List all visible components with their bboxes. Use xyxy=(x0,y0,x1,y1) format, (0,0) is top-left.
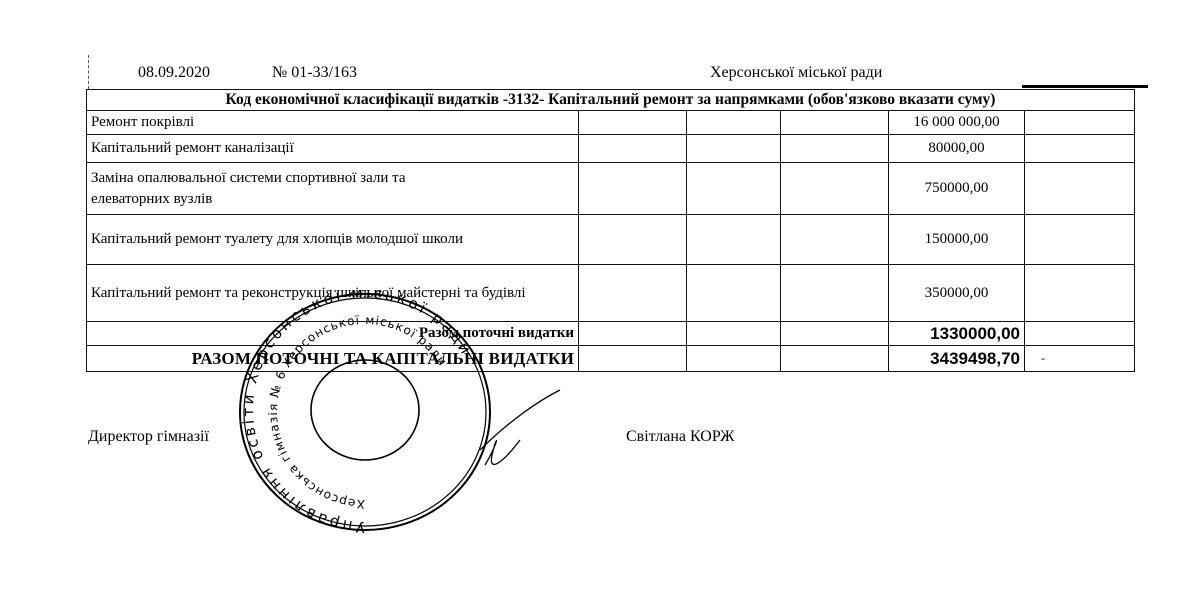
subtotal-amount: 1330000,00 xyxy=(889,322,1025,346)
table-row: Ремонт покрівлі 16 000 000,00 xyxy=(87,111,1135,135)
row-amount: 16 000 000,00 xyxy=(889,111,1025,135)
stamp-inner-text: Херсонська гімназія № 6 Херсонської місь… xyxy=(266,313,450,511)
table-row: Заміна опалювальної системи спортивної з… xyxy=(87,163,1135,215)
signatory-position: Директор гімназії xyxy=(88,428,209,446)
signatory-name: Світлана КОРЖ xyxy=(626,428,735,446)
row-amount: 80000,00 xyxy=(889,135,1025,163)
document-number: № 01-33/163 xyxy=(272,64,357,82)
signature-scribble xyxy=(480,390,560,465)
table-title: Код економічної класифікації видатків -3… xyxy=(87,90,1135,111)
row-amount: 350000,00 xyxy=(889,265,1025,322)
table-row: Капітальний ремонт каналізації 80000,00 xyxy=(87,135,1135,163)
official-stamp-icon: Управління освіти Херсонської міської ра… xyxy=(230,290,570,550)
council-name: Херсонської міської ради xyxy=(710,64,882,82)
margin-line xyxy=(88,55,90,89)
grand-total-amount: 3439498,70 xyxy=(889,346,1025,372)
row-name: Капітальний ремонт каналізації xyxy=(87,135,579,163)
row-name: Заміна опалювальної системи спортивної з… xyxy=(87,163,579,215)
row-name: Ремонт покрівлі xyxy=(87,111,579,135)
row-name: Капітальний ремонт туалету для хлопців м… xyxy=(87,215,579,265)
row-amount: 750000,00 xyxy=(889,163,1025,215)
header-rule xyxy=(1022,85,1148,88)
row-amount: 150000,00 xyxy=(889,215,1025,265)
table-row: Капітальний ремонт туалету для хлопців м… xyxy=(87,215,1135,265)
grand-total-note: - xyxy=(1025,346,1135,372)
table-title-row: Код економічної класифікації видатків -3… xyxy=(87,90,1135,111)
document-date: 08.09.2020 xyxy=(138,64,210,82)
svg-text:Херсонська гімназія № 6 Херсон: Херсонська гімназія № 6 Херсонської місь… xyxy=(266,313,450,511)
